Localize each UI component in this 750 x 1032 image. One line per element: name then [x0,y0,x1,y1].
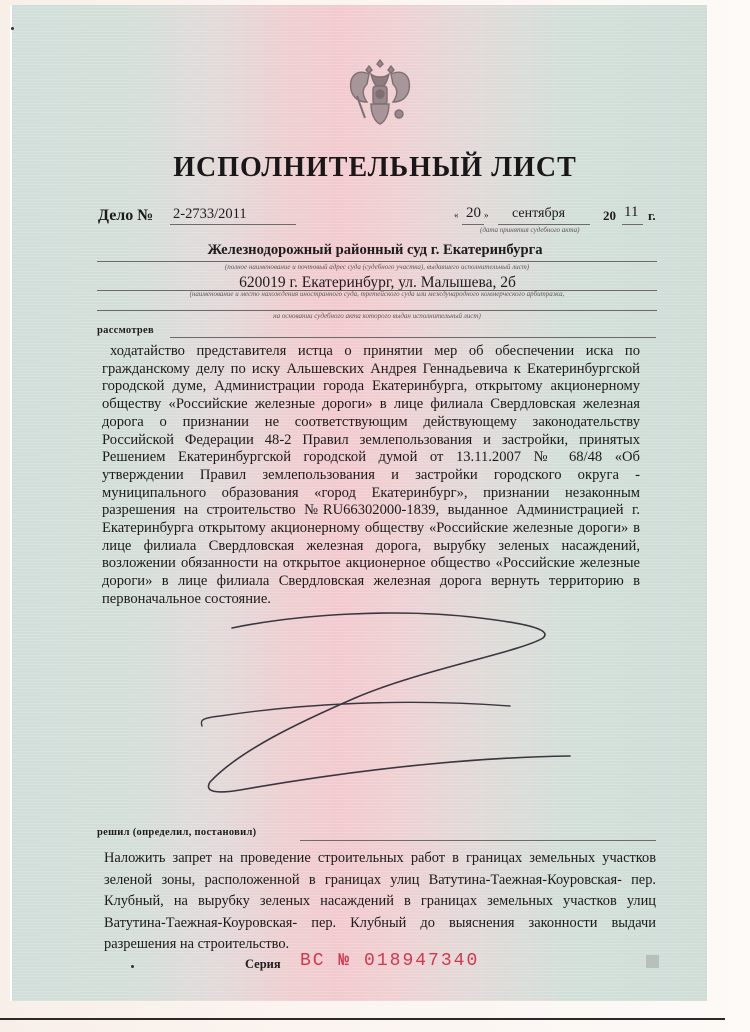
considered-underline [170,337,656,338]
gray-marker-square [646,955,659,968]
decided-line: Клубный, на вырубку зеленых насаждений в… [104,891,656,913]
date-day-underline [462,224,484,225]
considered-line: разрешения на строительство №RU66302000-… [102,502,640,520]
date-month: сентября [512,206,565,222]
series-value: 018947340 [364,951,479,971]
russian-coat-of-arms-icon [345,56,415,128]
series-number: ВС № 018947340 [300,951,479,971]
date-year-suffix: 11 [624,204,638,221]
considered-label: рассмотрев [97,325,154,336]
considered-line: дорога о признании не соответствующим де… [102,414,640,432]
considered-line: городской думе, Администрации города Ека… [102,378,640,396]
case-number-label: Дело № [98,207,153,225]
court-name-hint: (полное наименование и почтовый адрес су… [97,263,657,271]
scan-shadow-line [0,1018,725,1020]
number-sign: № [338,951,351,971]
considered-line: Решением Екатеринбургской городской думо… [102,449,640,467]
date-year-unit: г. [648,208,656,224]
considered-line: дороги» в лице филиала Свердловская желе… [102,573,640,591]
decided-underline [300,840,656,841]
considered-line: возложении обязанности на открытое акцио… [102,555,640,573]
considered-line: утверждении Правил землепользования и за… [102,467,640,485]
date-year-prefix: 20 [603,208,616,224]
series-label: Серия [245,957,281,972]
date-day: 20 [466,205,481,222]
scan-speck [131,965,134,968]
date-month-underline [498,224,590,225]
court-address-hint: (наименование и место нахождения иностра… [97,290,657,298]
decided-text: Наложить запрет на проведение строительн… [104,848,656,956]
considered-line: муниципального образования «город Екатер… [102,485,640,503]
scan-speck [11,27,14,30]
considered-line: лице филиала Свердловская железная дорог… [102,538,640,556]
decided-label: решил (определил, постановил) [97,827,256,838]
document-title: ИСПОЛНИТЕЛЬНЫЙ ЛИСТ [0,152,750,184]
considered-line: гражданскому делу по иску Альшевских Анд… [102,361,640,379]
case-label: Дело № [98,207,153,224]
decided-line: зеленой зоны, расположенной в границах у… [104,870,656,892]
handwritten-signature [180,600,580,800]
case-number-underline [170,224,296,225]
considered-line: Екатеринбурга открытому акционерному общ… [102,520,640,538]
date-close-quote: » [484,210,489,220]
considered-text: ходатайство представителя истца о принят… [102,343,640,609]
considered-line: Российской Федерации 48-2 Правил землепо… [102,432,640,450]
date-open-quote: « [454,210,459,220]
case-number-value: 2-2733/2011 [173,206,247,223]
court-name: Железнодорожный районный суд г. Екатерин… [0,242,750,259]
considered-line: обществу «Российские железные дороги» в … [102,396,640,414]
decided-line: Наложить запрет на проведение строительн… [104,848,656,870]
basis-underline [97,310,657,311]
decided-line: Ватутина-Таежная-Коуровская- пер. Клубны… [104,913,656,935]
date-hint: (дата принятия судебного акта) [480,226,620,234]
date-year-underline [622,224,643,225]
series-code: ВС [300,951,326,971]
considered-line: ходатайство представителя истца о принят… [102,343,640,361]
court-name-underline [97,261,657,262]
basis-hint: на основании судебного акта которого выд… [97,312,657,320]
